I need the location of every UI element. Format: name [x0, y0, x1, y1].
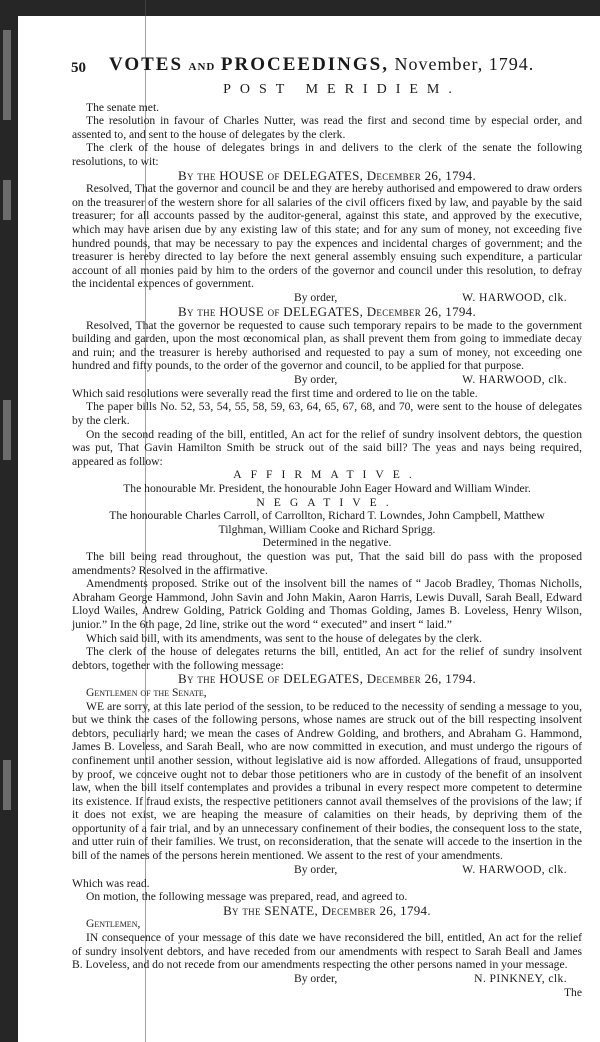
vote-list-negative: The honourable Charles Carroll, of Carro…: [72, 509, 582, 523]
catchword: The: [72, 986, 582, 1000]
amendments: Amendments proposed. Strike out of the i…: [72, 577, 582, 631]
scan-top-border: [0, 0, 600, 16]
paragraph: Which said resolutions were severally re…: [72, 387, 582, 401]
dateline: By the HOUSE of DELEGATES, December 26, …: [72, 672, 582, 686]
clerk-signature: W. HARWOOD, clk.: [462, 373, 567, 387]
signature-line: By order, W. HARWOOD, clk.: [72, 863, 582, 877]
paragraph: The bill being read throughout, the ques…: [72, 550, 582, 577]
dateline: By the SENATE, December 26, 1794.: [72, 904, 582, 918]
vote-result: Determined in the negative.: [72, 536, 582, 550]
salutation: Gentlemen of the Senate,: [72, 686, 582, 700]
signature-line: By order, N. PINKNEY, clk.: [72, 972, 582, 986]
resolution: Resolved, That the governor be requested…: [72, 319, 582, 373]
section-title: POST MERIDIEM.: [102, 83, 582, 97]
vote-heading-negative: NEGATIVE.: [72, 496, 582, 510]
paragraph: Which said bill, with its amendments, wa…: [72, 632, 582, 646]
vote-list-affirmative: The honourable Mr. President, the honour…: [72, 482, 582, 496]
vote-heading-affirmative: AFFIRMATIVE.: [72, 468, 582, 482]
dateline: By the HOUSE of DELEGATES, December 26, …: [72, 169, 582, 183]
document-page: 50 VOTES AND PROCEEDINGS, November, 1794…: [72, 58, 582, 999]
clerk-signature: N. PINKNEY, clk.: [474, 972, 567, 986]
signature-line: By order, W. HARWOOD, clk.: [72, 373, 582, 387]
paragraph: On motion, the following message was pre…: [72, 890, 582, 904]
paragraph: The paper bills No. 52, 53, 54, 55, 58, …: [72, 400, 582, 427]
dateline: By the HOUSE of DELEGATES, December 26, …: [72, 305, 582, 319]
paragraph: The clerk of the house of delegates retu…: [72, 645, 582, 672]
scan-left-border: [0, 0, 18, 1042]
paragraph: The clerk of the house of delegates brin…: [72, 141, 582, 168]
resolution: Resolved, That the governor and council …: [72, 182, 582, 291]
running-header: 50 VOTES AND PROCEEDINGS, November, 1794…: [72, 58, 582, 84]
message: IN consequence of your message of this d…: [72, 931, 582, 972]
message: WE are sorry, at this late period of the…: [72, 700, 582, 863]
salutation: Gentlemen,: [72, 917, 582, 931]
running-title: VOTES AND PROCEEDINGS, November, 1794.: [109, 58, 534, 75]
signature-line: By order, W. HARWOOD, clk.: [72, 291, 582, 305]
vote-list-negative-cont: Tilghman, William Cooke and Richard Spri…: [72, 523, 582, 537]
clerk-signature: W. HARWOOD, clk.: [462, 863, 567, 877]
page-number: 50: [71, 62, 86, 76]
paragraph: The resolution in favour of Charles Nutt…: [72, 114, 582, 141]
paragraph: On the second reading of the bill, entit…: [72, 428, 582, 469]
paragraph: The senate met.: [72, 101, 582, 115]
clerk-signature: W. HARWOOD, clk.: [462, 291, 567, 305]
paragraph: Which was read.: [72, 877, 582, 891]
